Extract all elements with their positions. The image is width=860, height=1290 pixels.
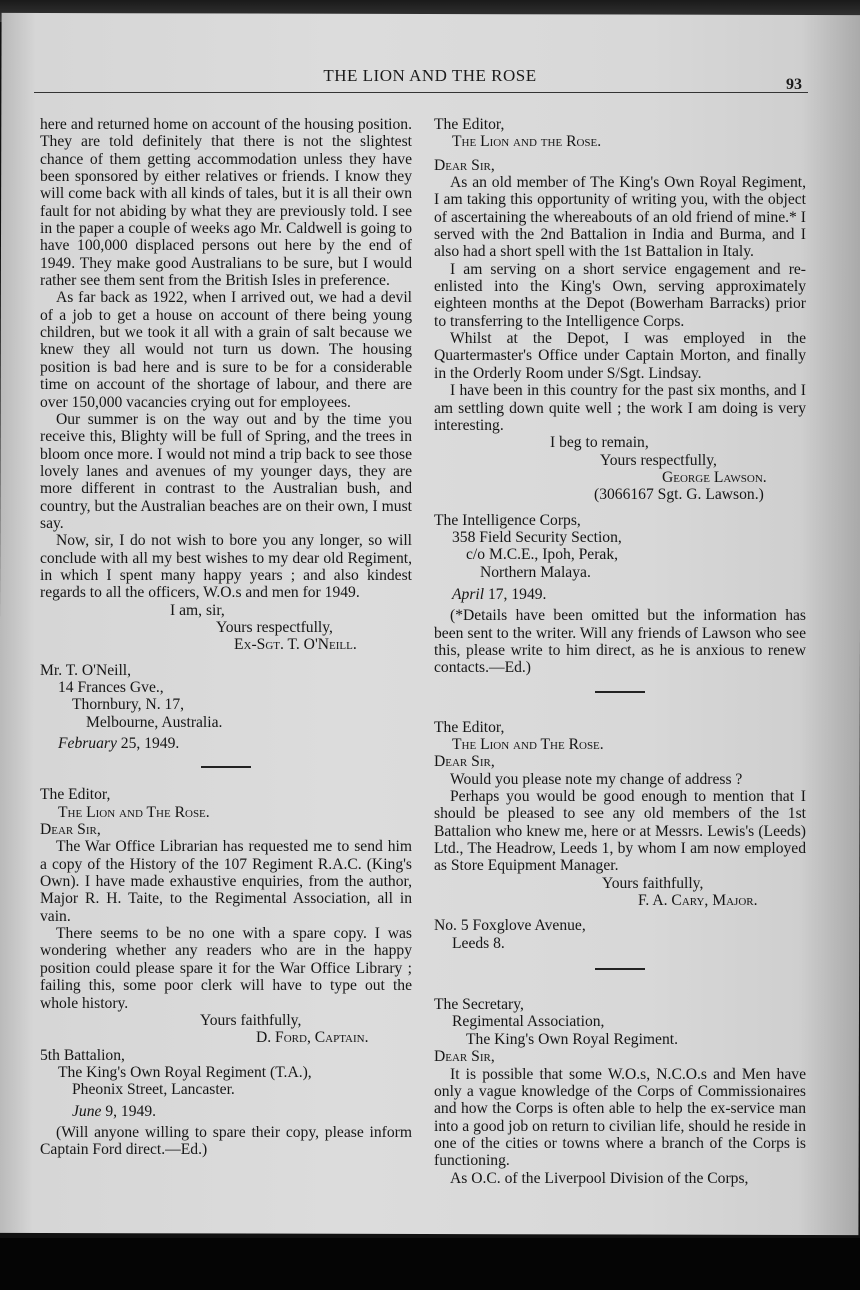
- address-line: c/o M.C.E., Ipoh, Perak,: [434, 546, 806, 563]
- letter-paragraph: As an old member of The King's Own Royal…: [434, 174, 806, 261]
- scan-bottom-edge: [0, 1238, 860, 1290]
- letter-paragraph: The War Office Librarian has requested m…: [40, 838, 412, 925]
- running-title: THE LION AND THE ROSE: [0, 66, 860, 86]
- letter-paragraph: here and returned home on account of the…: [40, 116, 412, 289]
- left-column: here and returned home on account of the…: [40, 116, 412, 1159]
- letter-paragraph: There seems to be no one with a spare co…: [40, 925, 412, 1012]
- address-line: The King's Own Royal Regiment.: [434, 1031, 806, 1048]
- letter-date: February 25, 1949.: [40, 735, 412, 752]
- closing-line: Yours respectfully,: [434, 452, 806, 469]
- salutation-to: The Secretary,: [434, 996, 806, 1013]
- letter-paragraph: Perhaps you would be good enough to ment…: [434, 788, 806, 875]
- address-line: 14 Frances Gve.,: [40, 679, 412, 696]
- closing-line: I beg to remain,: [434, 434, 806, 451]
- salutation-to: The Editor,: [434, 719, 806, 736]
- signature: Ex-Sgt. T. O'Neill.: [40, 636, 412, 653]
- address-line: Melbourne, Australia.: [40, 714, 412, 731]
- right-column: The Editor, The Lion and the Rose. Dear …: [434, 116, 806, 1187]
- letter-paragraph: As far back as 1922, when I arrived out,…: [40, 289, 412, 410]
- greeting: Dear Sir,: [434, 753, 806, 770]
- editor-note: (*Details have been omitted but the info…: [434, 607, 806, 676]
- publication-name: The Lion and The Rose.: [40, 804, 412, 821]
- header-rule: [34, 92, 808, 93]
- section-divider: [595, 968, 645, 970]
- address-line: 5th Battalion,: [40, 1047, 412, 1064]
- address-line: Northern Malaya.: [434, 564, 806, 581]
- closing-line: Yours respectfully,: [40, 619, 412, 636]
- letter-paragraph: Whilst at the Depot, I was employed in t…: [434, 330, 806, 382]
- signature-service-number: (3066167 Sgt. G. Lawson.): [434, 486, 806, 503]
- address-line: The King's Own Royal Regiment (T.A.),: [40, 1064, 412, 1081]
- letter-paragraph: Now, sir, I do not wish to bore you any …: [40, 532, 412, 601]
- closing-line: Yours faithfully,: [434, 875, 806, 892]
- editor-note: (Will anyone willing to spare their copy…: [40, 1124, 412, 1159]
- address-line: 358 Field Security Section,: [434, 529, 806, 546]
- salutation-to: The Editor,: [434, 116, 806, 133]
- salutation-to: The Editor,: [40, 786, 412, 803]
- letter-date: April 17, 1949.: [434, 586, 806, 603]
- section-divider: [595, 691, 645, 693]
- address-line: Mr. T. O'Neill,: [40, 662, 412, 679]
- letter-paragraph: As O.C. of the Liverpool Division of the…: [434, 1170, 806, 1187]
- closing-line: I am, sir,: [40, 602, 412, 619]
- closing-line: Yours faithfully,: [40, 1012, 412, 1029]
- address-line: The Intelligence Corps,: [434, 512, 806, 529]
- letter-paragraph: Our summer is on the way out and by the …: [40, 411, 412, 532]
- greeting: Dear Sir,: [434, 1048, 806, 1065]
- address-line: Regimental Association,: [434, 1013, 806, 1030]
- greeting: Dear Sir,: [40, 821, 412, 838]
- letter-paragraph: I have been in this country for the past…: [434, 382, 806, 434]
- letter-paragraph: I am serving on a short service engageme…: [434, 261, 806, 330]
- publication-name: The Lion and The Rose.: [434, 736, 806, 753]
- letter-paragraph: Would you please note my change of addre…: [434, 771, 806, 788]
- address-line: Thornbury, N. 17,: [40, 696, 412, 713]
- address-line: No. 5 Foxglove Avenue,: [434, 917, 806, 934]
- publication-name: The Lion and the Rose.: [434, 133, 806, 150]
- signature: F. A. Cary, Major.: [434, 892, 806, 909]
- letter-paragraph: It is possible that some W.O.s, N.C.O.s …: [434, 1066, 806, 1170]
- letter-date: June 9, 1949.: [40, 1103, 412, 1120]
- address-line: Leeds 8.: [434, 935, 806, 952]
- signature: George Lawson.: [434, 469, 806, 486]
- section-divider: [201, 766, 251, 768]
- signature: D. Ford, Captain.: [40, 1029, 412, 1046]
- greeting: Dear Sir,: [434, 157, 806, 174]
- page-number: 93: [786, 76, 802, 94]
- address-line: Pheonix Street, Lancaster.: [40, 1081, 412, 1098]
